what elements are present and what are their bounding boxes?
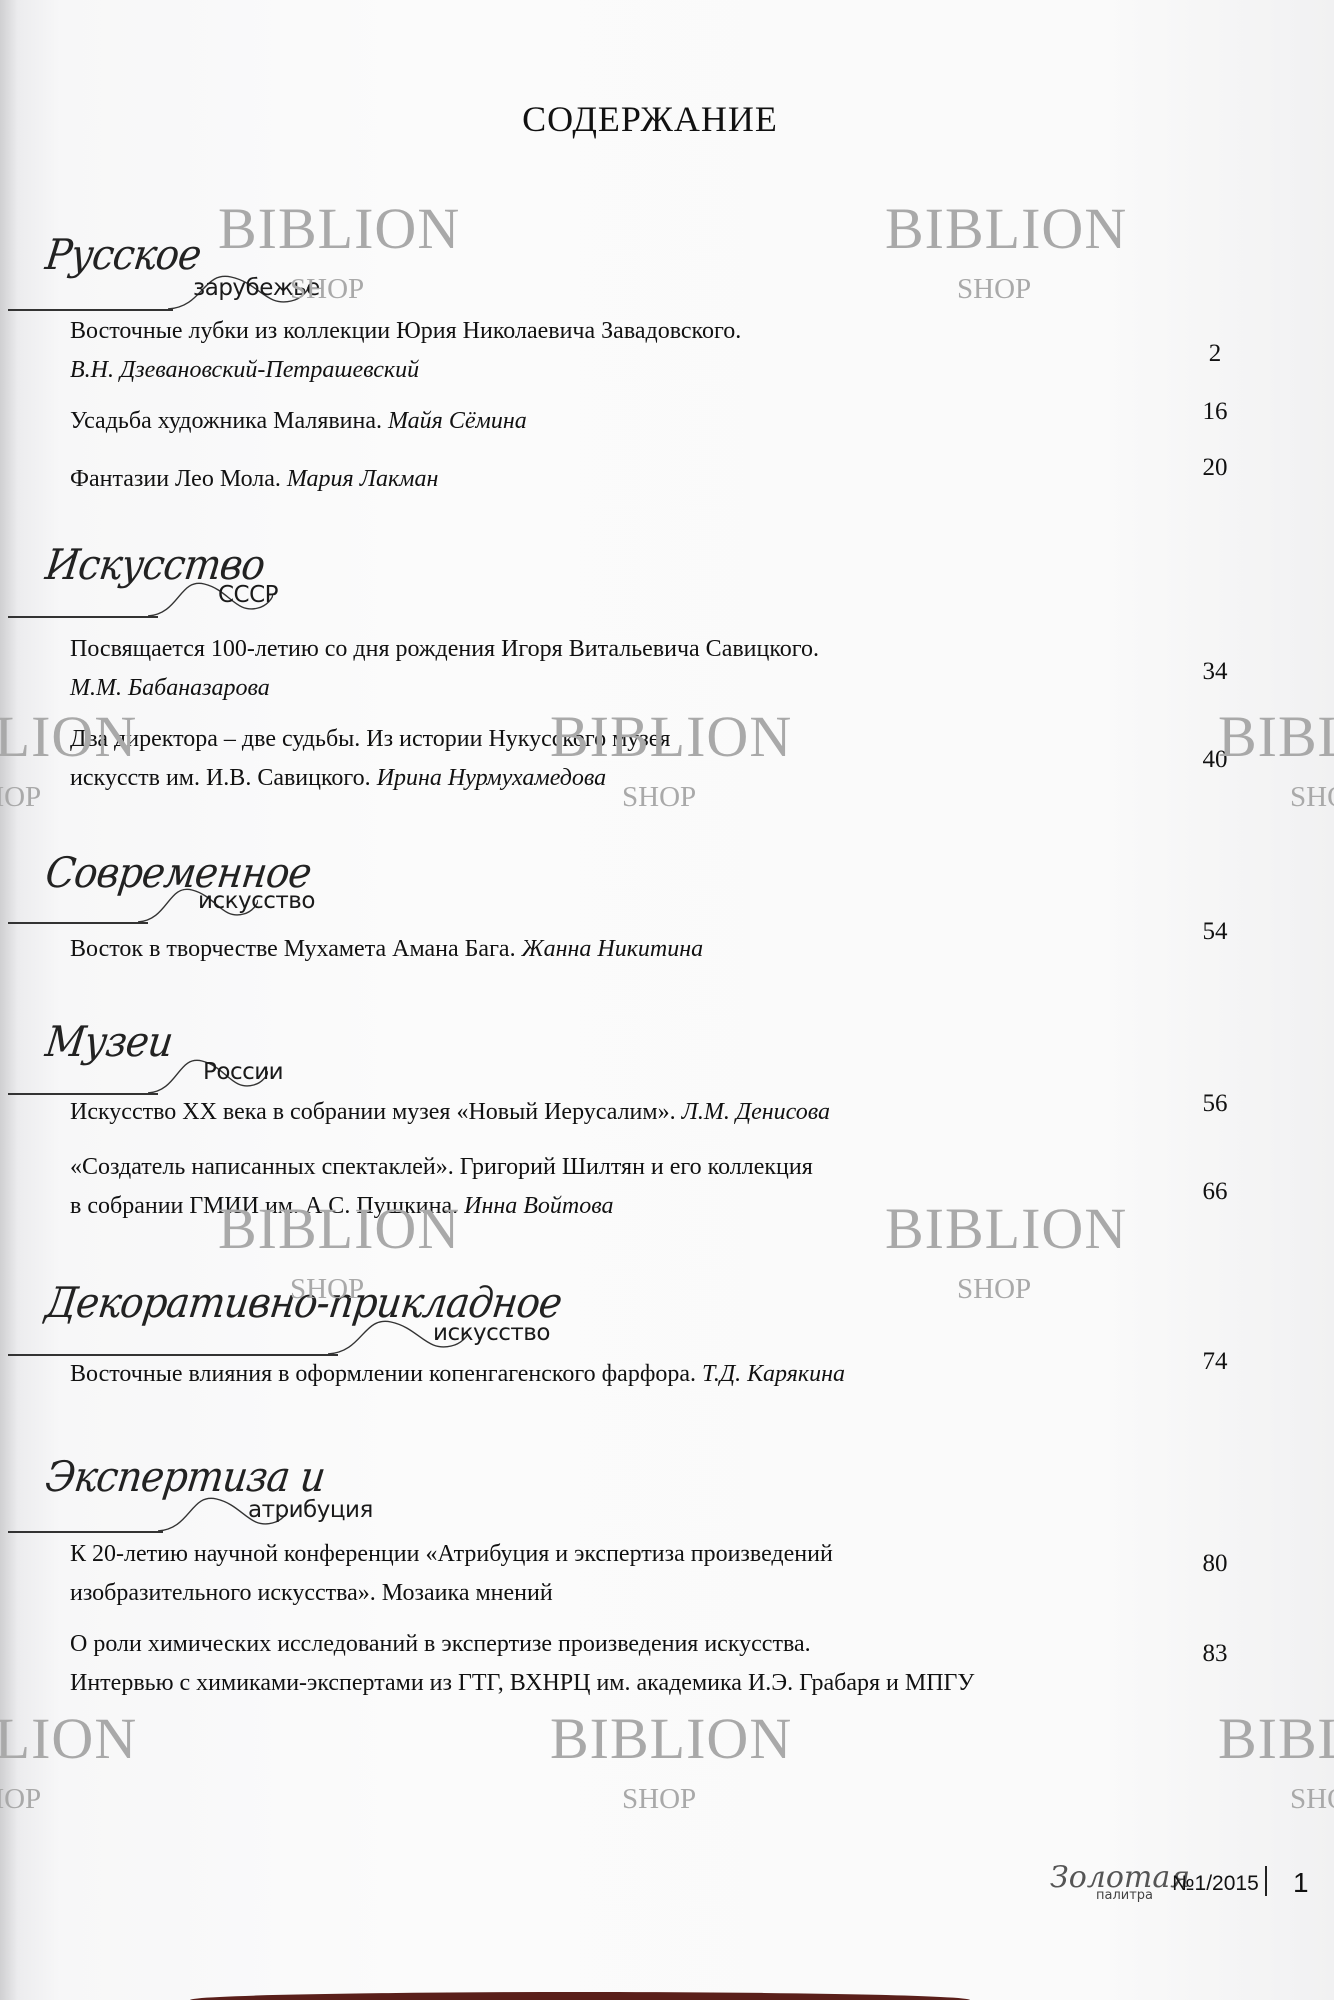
entry-title-line: в собрании ГМИИ им. А.С. Пушкина. Инна В… bbox=[70, 1187, 1170, 1226]
entry-title: Усадьба художника Малявина. bbox=[70, 408, 382, 434]
section-rule bbox=[8, 309, 173, 311]
entry-author: Т.Д. Карякина bbox=[696, 1361, 845, 1387]
page-edge-shadow bbox=[190, 1992, 970, 2000]
entry-title: «Создатель написанных спектаклей». Григо… bbox=[70, 1154, 813, 1180]
section-rule bbox=[8, 1531, 163, 1533]
section-subtitle: России bbox=[203, 1059, 283, 1085]
entry-title-line: искусств им. И.В. Савицкого. Ирина Нурму… bbox=[70, 759, 1170, 798]
toc-entry[interactable]: Усадьба художника Малявина. Майя Сёмина bbox=[70, 402, 1170, 441]
watermark-sub: SHOP bbox=[622, 1783, 696, 1816]
entry-title-line: «Создатель написанных спектаклей». Григо… bbox=[70, 1148, 1170, 1187]
entry-title-line: Восточные влияния в оформлении копенгаге… bbox=[70, 1355, 1170, 1394]
entry-title-line: К 20-летию научной конференции «Атрибуци… bbox=[70, 1535, 1170, 1574]
entry-title-line: Два директора – две судьбы. Из истории Н… bbox=[70, 720, 1170, 759]
toc-entry[interactable]: О роли химических исследований в эксперт… bbox=[70, 1625, 1170, 1703]
toc-entry[interactable]: «Создатель написанных спектаклей». Григо… bbox=[70, 1148, 1170, 1226]
entry-title: Два директора – две судьбы. Из истории Н… bbox=[70, 726, 670, 752]
entry-title-line: изобразительного искусства». Мозаика мне… bbox=[70, 1574, 1170, 1613]
entry-title-line: Фантазии Лео Мола. Мария Лакман bbox=[70, 460, 1170, 499]
toc-entry[interactable]: Фантазии Лео Мола. Мария Лакман bbox=[70, 460, 1170, 499]
watermark-sub: SHOP bbox=[1290, 781, 1334, 814]
entry-page-number[interactable]: 80 bbox=[1180, 1550, 1250, 1578]
toc-entry[interactable]: Восточные влияния в оформлении копенгаге… bbox=[70, 1355, 1170, 1394]
section-subtitle: искусство bbox=[198, 888, 315, 914]
section-subtitle: СССР bbox=[218, 582, 278, 608]
entry-author: Л.М. Денисова bbox=[676, 1099, 830, 1125]
section-header: ИскусствоСССР bbox=[8, 540, 708, 630]
entry-title-line: Интервью с химиками-экспертами из ГТГ, В… bbox=[70, 1664, 1170, 1703]
section-subtitle: зарубежье bbox=[193, 275, 320, 301]
entry-page-number[interactable]: 83 bbox=[1180, 1640, 1250, 1668]
entry-author: Инна Войтова bbox=[458, 1193, 613, 1219]
toc-entry[interactable]: Искусство XX века в собрании музея «Новы… bbox=[70, 1093, 1170, 1132]
entry-page-number[interactable]: 34 bbox=[1180, 658, 1250, 686]
entry-title: Посвящается 100-летию со дня рождения Иг… bbox=[70, 636, 819, 662]
entry-title: Восток в творчестве Мухамета Амана Бага. bbox=[70, 936, 516, 962]
entry-title: О роли химических исследований в эксперт… bbox=[70, 1631, 811, 1657]
entry-page-number[interactable]: 20 bbox=[1180, 454, 1250, 482]
entry-title-line: Усадьба художника Малявина. Майя Сёмина bbox=[70, 402, 1170, 441]
watermark-sub: SHOP bbox=[957, 273, 1031, 306]
entry-title: в собрании ГМИИ им. А.С. Пушкина. bbox=[70, 1193, 458, 1219]
watermark: BIBLIONSHOP bbox=[0, 1705, 137, 1772]
footer-divider bbox=[1265, 1866, 1267, 1896]
entry-page-number[interactable]: 66 bbox=[1180, 1178, 1250, 1206]
entry-title: К 20-летию научной конференции «Атрибуци… bbox=[70, 1541, 833, 1567]
section-subtitle: атрибуция bbox=[248, 1497, 373, 1523]
watermark-brand: BIBLION bbox=[0, 1706, 137, 1771]
entry-author: В.Н. Дзевановский-Петрашевский bbox=[70, 351, 1170, 390]
entry-title-line: О роли химических исследований в эксперт… bbox=[70, 1625, 1170, 1664]
toc-entry[interactable]: Восточные лубки из коллекции Юрия Никола… bbox=[70, 312, 1170, 390]
section-script-title: Русское bbox=[43, 230, 204, 279]
watermark-brand: BIBLION bbox=[1218, 1706, 1334, 1771]
entry-title: искусств им. И.В. Савицкого. bbox=[70, 765, 371, 791]
watermark-brand: BIBLION bbox=[550, 1706, 792, 1771]
entry-title: изобразительного искусства». Мозаика мне… bbox=[70, 1580, 553, 1606]
entry-author: М.М. Бабаназарова bbox=[70, 669, 1170, 708]
entry-author: Мария Лакман bbox=[281, 466, 439, 492]
entry-page-number[interactable]: 2 bbox=[1180, 340, 1250, 368]
entry-author: Майя Сёмина bbox=[382, 408, 527, 434]
entry-author: Жанна Никитина bbox=[516, 936, 704, 962]
entry-title: Восточные влияния в оформлении копенгаге… bbox=[70, 1361, 696, 1387]
watermark-sub: SHOP bbox=[1290, 1783, 1334, 1816]
entry-title: Фантазии Лео Мола. bbox=[70, 466, 281, 492]
entry-title: Искусство XX века в собрании музея «Новы… bbox=[70, 1099, 676, 1125]
entry-author: Ирина Нурмухамедова bbox=[371, 765, 606, 791]
entry-title-line: Искусство XX века в собрании музея «Новы… bbox=[70, 1093, 1170, 1132]
entry-title-line: Восточные лубки из коллекции Юрия Никола… bbox=[70, 312, 1170, 351]
watermark-brand: BIBLION bbox=[885, 196, 1127, 261]
entry-title: Интервью с химиками-экспертами из ГТГ, В… bbox=[70, 1670, 974, 1696]
entry-page-number[interactable]: 56 bbox=[1180, 1090, 1250, 1118]
toc-entry[interactable]: Посвящается 100-летию со дня рождения Иг… bbox=[70, 630, 1170, 708]
section-script-title: Музеи bbox=[43, 1017, 176, 1066]
page-title: СОДЕРЖАНИЕ bbox=[0, 98, 1300, 140]
entry-title-line: Посвящается 100-летию со дня рождения Иг… bbox=[70, 630, 1170, 669]
section-script-title: Экспертиза и bbox=[43, 1452, 328, 1501]
page-number: 1 bbox=[1293, 1867, 1309, 1899]
watermark-sub: SHOP bbox=[0, 1783, 41, 1816]
watermark: BIBLIONSHOP bbox=[885, 195, 1127, 262]
issue-number: №1/2015 bbox=[1172, 1872, 1259, 1896]
section-header: Русскоезарубежье bbox=[8, 230, 708, 320]
watermark-sub: SHOP bbox=[0, 781, 41, 814]
section-rule bbox=[8, 922, 148, 924]
toc-entry[interactable]: Восток в творчестве Мухамета Амана Бага.… bbox=[70, 930, 1170, 969]
section-header: Экспертиза иатрибуция bbox=[8, 1452, 708, 1542]
entry-title: Восточные лубки из коллекции Юрия Никола… bbox=[70, 318, 741, 344]
section-header: Современноеискусство bbox=[8, 848, 708, 938]
entry-page-number[interactable]: 16 bbox=[1180, 398, 1250, 426]
entry-page-number[interactable]: 74 bbox=[1180, 1348, 1250, 1376]
magazine-logo-subtitle: палитра bbox=[1096, 1888, 1153, 1903]
section-subtitle: искусство bbox=[433, 1320, 550, 1346]
toc-entry[interactable]: К 20-летию научной конференции «Атрибуци… bbox=[70, 1535, 1170, 1613]
watermark-sub: SHOP bbox=[957, 1273, 1031, 1306]
section-rule bbox=[8, 616, 158, 618]
entry-page-number[interactable]: 54 bbox=[1180, 918, 1250, 946]
entry-title-line: Восток в творчестве Мухамета Амана Бага.… bbox=[70, 930, 1170, 969]
watermark: BIBLIONSHOP bbox=[1218, 1705, 1334, 1772]
entry-page-number[interactable]: 40 bbox=[1180, 746, 1250, 774]
watermark: BIBLIONSHOP bbox=[550, 1705, 792, 1772]
toc-entry[interactable]: Два директора – две судьбы. Из истории Н… bbox=[70, 720, 1170, 798]
